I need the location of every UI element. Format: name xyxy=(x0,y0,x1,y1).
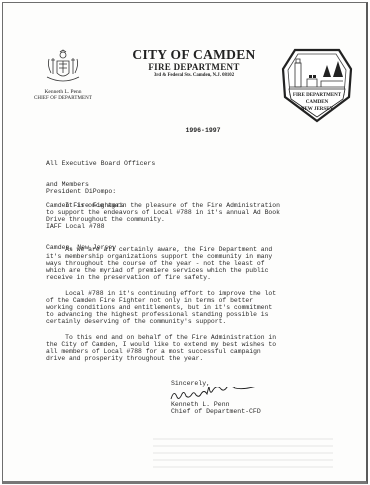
letterhead-department: FIRE DEPARTMENT xyxy=(123,62,265,72)
recipient-line: IAFF Local #788 xyxy=(46,223,155,230)
letter-page: Kenneth L. Penn CHIEF OF DEPARTMENT CITY… xyxy=(2,2,368,484)
salutation: President DiPompo: xyxy=(46,188,116,195)
valediction: Sincerely, xyxy=(171,380,210,387)
bleed-through-texture xyxy=(153,438,333,468)
patch-text-2: CAMDEN xyxy=(306,100,329,105)
letterhead-address: 3rd & Federal Sts. Camden, N.J. 08102 xyxy=(123,73,265,78)
body-paragraph: Local #788 in it's continuing effort to … xyxy=(46,291,356,326)
patch-text-1: FIRE DEPARTMENT xyxy=(293,93,342,98)
body-paragraph: As we are all certainly aware, the Fire … xyxy=(46,247,356,282)
fire-department-patch-icon: FIRE DEPARTMENT CAMDEN NEW JERSEY xyxy=(281,47,353,123)
letter-date: 1996-1997 xyxy=(153,127,253,134)
city-seal-crest-icon xyxy=(43,49,83,85)
body-paragraph: It is once again the pleasure of the Fir… xyxy=(46,203,356,224)
patch-text-3: NEW JERSEY xyxy=(301,107,334,112)
signer-name: Kenneth L. Penn xyxy=(171,401,230,408)
recipient-line: All Executive Board Officers xyxy=(46,160,155,167)
chief-title: CHIEF OF DEPARTMENT xyxy=(23,96,103,101)
body-paragraph: To this end and on behalf of the Fire Ad… xyxy=(46,335,356,363)
recipient-line: and Members xyxy=(46,181,155,188)
letterhead-city: CITY OF CAMDEN xyxy=(123,47,265,63)
signer-title: Chief of Department-CFD xyxy=(171,408,261,415)
handwritten-signature-icon xyxy=(169,387,264,401)
chief-name: Kenneth L. Penn xyxy=(23,89,103,95)
